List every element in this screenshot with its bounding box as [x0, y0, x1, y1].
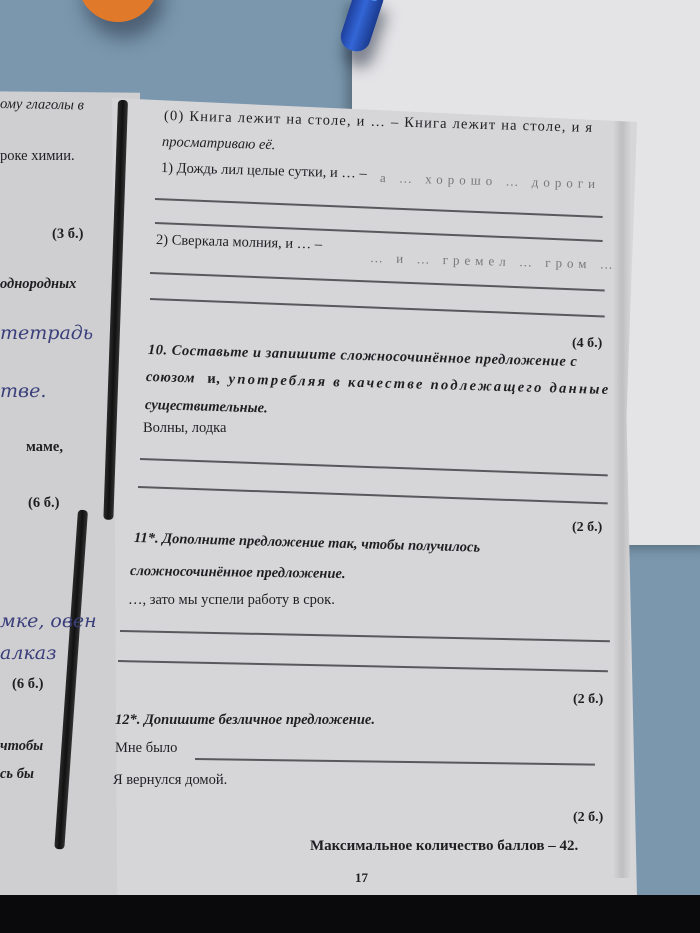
task-12-points: (2 б.) [573, 692, 603, 708]
task-10-given-words: Волны, лодка [143, 420, 226, 437]
left-text: чтобы [0, 738, 43, 755]
left-points: (6 б.) [28, 495, 59, 512]
handwritten-answer: алказ [0, 642, 56, 664]
task-10-points: (4 б.) [572, 336, 602, 352]
dark-background [0, 895, 700, 933]
task-11-sentence: …, зато мы успели работу в срок. [128, 592, 335, 609]
task-11-points: (2 б.) [572, 520, 602, 536]
page-number: 17 [355, 870, 368, 886]
task-12-sentence-2: Я вернулся домой. [113, 772, 227, 789]
left-text: ому глаголы в [0, 96, 84, 114]
max-score: Максимальное количество баллов – 42. [310, 838, 578, 855]
task-12-sentence-1: Мне было [115, 740, 177, 757]
handwritten-answer: тетрадь [0, 322, 93, 344]
left-text: маме, [26, 439, 63, 456]
task-12-heading: 12*. Допишите безличное предложение. [115, 712, 375, 729]
left-text: сь бы [0, 766, 34, 783]
task-11-line-2: сложносочинённое предложение. [130, 563, 346, 583]
left-points: (6 б.) [12, 676, 43, 693]
handwritten-answer: тве. [0, 380, 46, 402]
left-text: роке химии. [0, 148, 75, 165]
left-text: однородных [0, 276, 76, 293]
final-points: (2 б.) [573, 810, 603, 826]
left-points: (3 б.) [52, 226, 83, 243]
example-line-2: просматриваю её. [162, 134, 276, 154]
task-10-line-3: существительные. [145, 397, 268, 417]
handwritten-answer: мке, овен [0, 610, 97, 632]
task-10-number: 10. [148, 342, 168, 359]
